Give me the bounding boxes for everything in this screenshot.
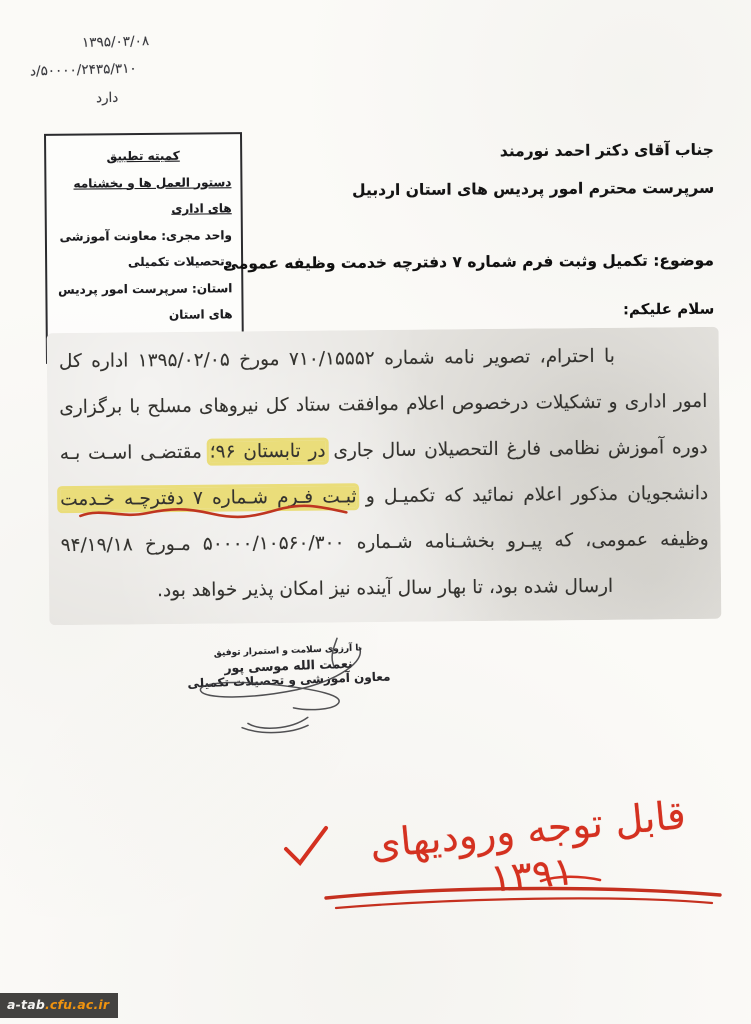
letter-date: ۱۳۹۵/۰۳/۰۸ — [82, 33, 150, 51]
letter-number: د/۵۰۰۰۰/۲۴۳۵/۳۱۰ — [30, 61, 137, 80]
attachment-status: دارد — [96, 90, 119, 107]
body-line-3-pre: دوره آموزش نظامی فارغ التحصیلان سال جاری — [333, 437, 707, 462]
body-line-6: ارسال شده بود، تا بهار سال آینده نیز امک… — [61, 563, 709, 615]
recipient-name: جناب آقای دکتر احمد نورمند — [352, 131, 714, 172]
committee-executor: واحد مجری: معاونت آموزشی وتحصیلات تکمیلی — [56, 222, 232, 277]
body-line-3: دوره آموزش نظامی فارغ التحصیلان سال جاری… — [60, 425, 708, 477]
body-line-3-post: مقتضـی اسـت بـه — [60, 442, 202, 464]
handwritten-note: قابل توجه ورودیهای ۱۳۹۱ — [339, 790, 722, 916]
body-line-4-pre: دانشجویان مذکور اعلام نمائید که تکمیـل و — [366, 483, 709, 507]
subject-line: موضوع: تکمیل وثبت فرم شماره ۷ دفترچه خدم… — [223, 251, 714, 272]
body-line-4: دانشجویان مذکور اعلام نمائید که تکمیـل و… — [60, 471, 708, 523]
watermark-prefix: a-tab — [7, 997, 45, 1012]
committee-box: کمیته تطبیق دستور العمل ها و بخشنامه های… — [44, 132, 244, 364]
recipient-title: سرپرست محترم امور پردیس های استان اردبیل — [352, 169, 714, 210]
body-line-1: با احترام، تصویر نامه شماره ۷۱۰/۱۵۵۵۲ مو… — [59, 333, 707, 385]
body-line-2: امور اداری و تشکیلات درخصوص اعلام موافقت… — [59, 379, 707, 431]
committee-subtitle: دستور العمل ها و بخشنامه های اداری — [55, 169, 231, 224]
recipient-block: جناب آقای دکتر احمد نورمند سرپرست محترم … — [352, 131, 715, 210]
scanned-letter-page: ۱۳۹۵/۰۳/۰۸ د/۵۰۰۰۰/۲۴۳۵/۳۱۰ دارد کمیته ت… — [0, 0, 751, 1024]
committee-province: استان: سرپرست امور پردیس های استان — [56, 275, 232, 330]
body-line-5: وظیفه عمومی، که پیـرو بخشـنامه شـماره ۵۰… — [60, 517, 708, 569]
handwritten-signature-icon — [185, 632, 394, 744]
salutation-line: سلام علیکم: — [623, 300, 714, 319]
highlight-form7-booklet: ثبـت فـرم شـماره ۷ دفترچـه خـدمت — [60, 486, 357, 510]
committee-title: کمیته تطبیق — [55, 142, 231, 170]
signature-block: با آرزوی سلامت و استمرار توفیق نعمت الله… — [185, 642, 391, 690]
red-checkmark-icon — [279, 822, 333, 872]
letter-body: با احترام، تصویر نامه شماره ۷۱۰/۱۵۵۵۲ مو… — [47, 327, 722, 625]
watermark-suffix: .cfu.ac.ir — [45, 997, 109, 1012]
highlight-summer-96: در تابستان ۹۶؛ — [210, 441, 326, 463]
site-watermark: a-tab.cfu.ac.ir — [0, 993, 118, 1018]
